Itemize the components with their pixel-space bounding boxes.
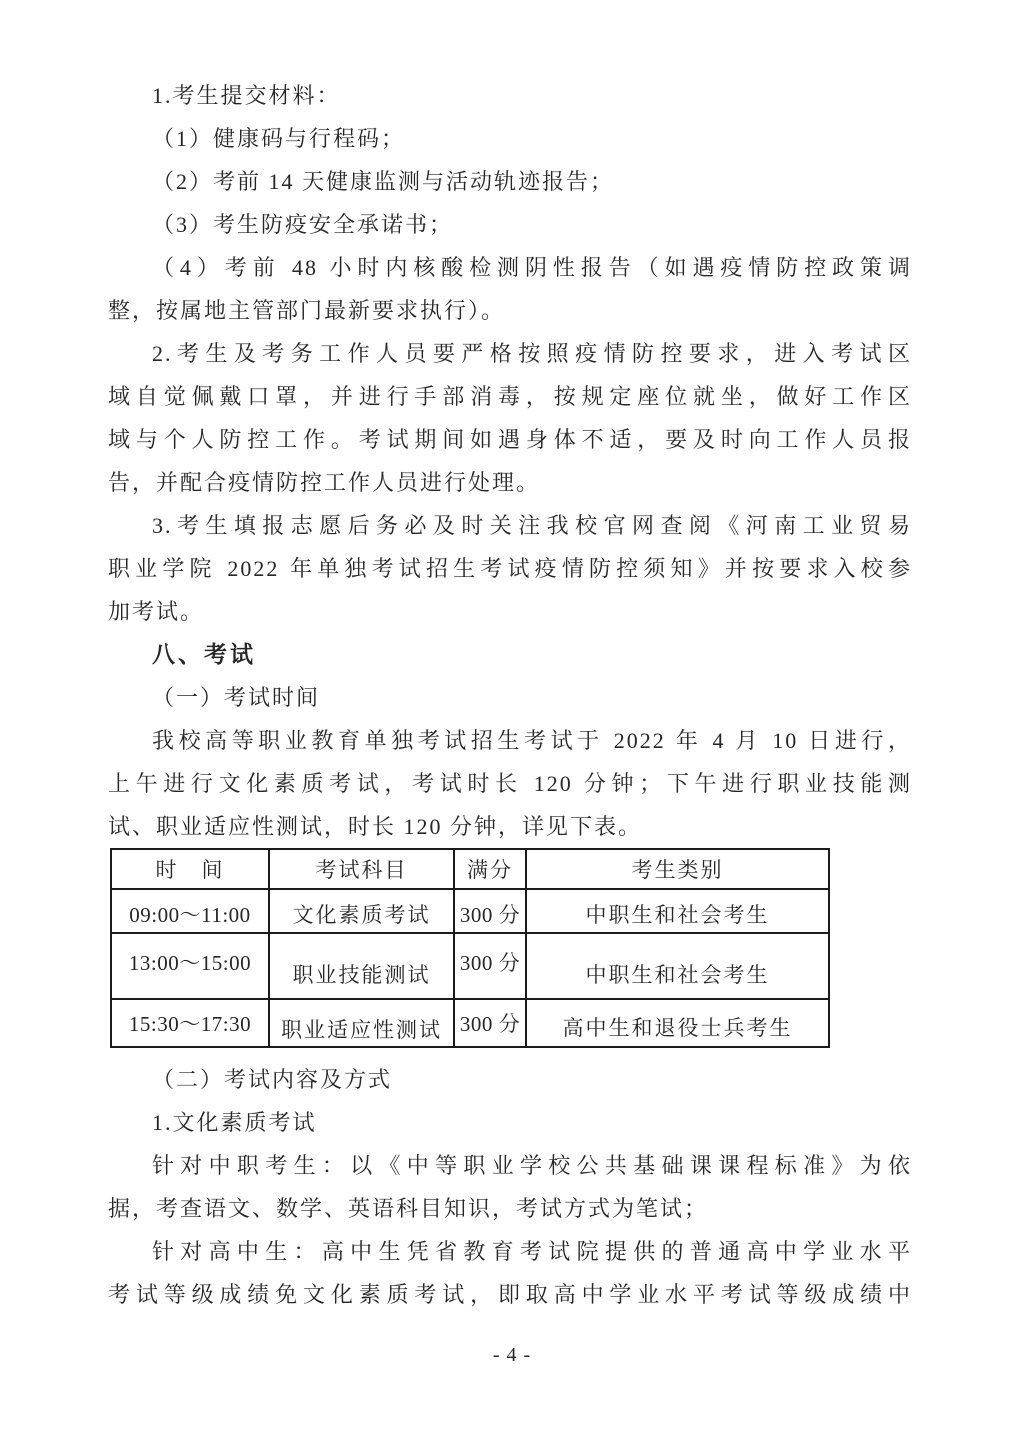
paragraph-line: 加考试。 — [108, 590, 912, 633]
paragraph-line: 上午进行文化素质考试，考试时长 120 分钟；下午进行职业技能测 — [108, 762, 912, 805]
cell-value: 09:00～11:00 — [129, 899, 250, 929]
subsection-heading: （一）考试时间 — [108, 676, 912, 719]
paragraph-line: 试、职业适应性测试，时长 120 分钟，详见下表。 — [108, 805, 912, 848]
header-label: 满分 — [467, 854, 513, 884]
paragraph-line: 告，并配合疫情防控工作人员进行处理。 — [108, 461, 912, 504]
list-item-line: （2）考前 14 天健康监测与活动轨迹报告； — [108, 160, 912, 203]
paragraph-line: 考试等级成绩免文化素质考试，即取高中学业水平考试等级成绩中 — [108, 1273, 912, 1316]
list-item-line: （3）考生防疫安全承诺书； — [108, 203, 912, 246]
table-row: 15:30～17:30 职业适应性测试 300 分 高中生和退役士兵考生 — [111, 999, 829, 1047]
cell-value: 中职生和社会考生 — [586, 899, 770, 929]
table-header-row: 时 间 考试科目 满分 考生类别 — [111, 849, 829, 889]
subsection-heading: （二）考试内容及方式 — [108, 1058, 912, 1101]
paragraph-line: 我校高等职业教育单独考试招生考试于 2022 年 4 月 10 日进行， — [108, 719, 912, 762]
cell-time: 09:00～11:00 — [111, 889, 269, 933]
section-heading: 八、考试 — [108, 633, 912, 676]
cell-value: 职业技能测试 — [293, 959, 431, 989]
cell-subject: 文化素质考试 — [269, 889, 454, 933]
cell-value: 文化素质考试 — [293, 899, 431, 929]
header-cell-time: 时 间 — [111, 849, 269, 889]
paragraph-line: 1.文化素质考试 — [108, 1101, 912, 1144]
cell-value: 职业适应性测试 — [281, 1014, 442, 1044]
cell-time: 15:30～17:30 — [111, 999, 269, 1047]
cell-value: 高中生和退役士兵考生 — [563, 1012, 793, 1042]
cell-subject: 职业技能测试 — [269, 933, 454, 999]
paragraph-line: 整，按属地主管部门最新要求执行）。 — [108, 289, 912, 332]
header-cell-category: 考生类别 — [526, 849, 829, 889]
cell-subject: 职业适应性测试 — [269, 999, 454, 1047]
paragraph-line: 1.考生提交材料： — [108, 74, 912, 117]
table-row: 09:00～11:00 文化素质考试 300 分 中职生和社会考生 — [111, 889, 829, 933]
cell-time: 13:00～15:00 — [111, 933, 269, 999]
header-label: 考生类别 — [632, 854, 724, 884]
header-label: 考试科目 — [316, 854, 408, 884]
exam-schedule-table: 时 间 考试科目 满分 考生类别 09:00～11:00 文化素质考试 300 … — [110, 848, 830, 1048]
paragraph-line: 域与个人防控工作。考试期间如遇身体不适，要及时向工作人员报 — [108, 418, 912, 461]
cell-fullscore: 300 分 — [454, 933, 526, 999]
paragraph-line: 3.考生填报志愿后务必及时关注我校官网查阅《河南工业贸易 — [108, 504, 912, 547]
paragraph-line: 2.考生及考务工作人员要严格按照疫情防控要求，进入考试区 — [108, 332, 912, 375]
table-row: 13:00～15:00 职业技能测试 300 分 中职生和社会考生 — [111, 933, 829, 999]
header-cell-fullscore: 满分 — [454, 849, 526, 889]
cell-value: 中职生和社会考生 — [586, 959, 770, 989]
cell-value: 300 分 — [460, 1008, 520, 1038]
list-item-line: （4）考前 48 小时内核酸检测阴性报告（如遇疫情防控政策调 — [108, 246, 912, 289]
cell-fullscore: 300 分 — [454, 889, 526, 933]
paragraph-line: 针对中职考生：以《中等职业学校公共基础课课程标准》为依 — [108, 1144, 912, 1187]
cell-value: 300 分 — [460, 899, 520, 929]
cell-fullscore: 300 分 — [454, 999, 526, 1047]
cell-value: 15:30～17:30 — [129, 1008, 251, 1038]
paragraph-line: 职业学院 2022 年单独考试招生考试疫情防控须知》并按要求入校参 — [108, 547, 912, 590]
document-page: 1.考生提交材料： （1）健康码与行程码； （2）考前 14 天健康监测与活动轨… — [0, 0, 1024, 1448]
document-body: 1.考生提交材料： （1）健康码与行程码； （2）考前 14 天健康监测与活动轨… — [108, 74, 912, 1316]
cell-category: 高中生和退役士兵考生 — [526, 999, 829, 1047]
page-number: - 4 - — [0, 1334, 1024, 1377]
list-item-line: （1）健康码与行程码； — [108, 117, 912, 160]
paragraph-line: 域自觉佩戴口罩，并进行手部消毒，按规定座位就坐，做好工作区 — [108, 375, 912, 418]
cell-category: 中职生和社会考生 — [526, 933, 829, 999]
cell-category: 中职生和社会考生 — [526, 889, 829, 933]
cell-value: 13:00～15:00 — [129, 947, 251, 977]
header-cell-subject: 考试科目 — [269, 849, 454, 889]
paragraph-line: 针对高中生：高中生凭省教育考试院提供的普通高中学业水平 — [108, 1230, 912, 1273]
section-after-table: （二）考试内容及方式 1.文化素质考试 针对中职考生：以《中等职业学校公共基础课… — [108, 1058, 912, 1316]
paragraph-line: 据，考查语文、数学、英语科目知识，考试方式为笔试； — [108, 1187, 912, 1230]
cell-value: 300 分 — [460, 947, 520, 977]
header-label: 时 间 — [156, 854, 225, 884]
